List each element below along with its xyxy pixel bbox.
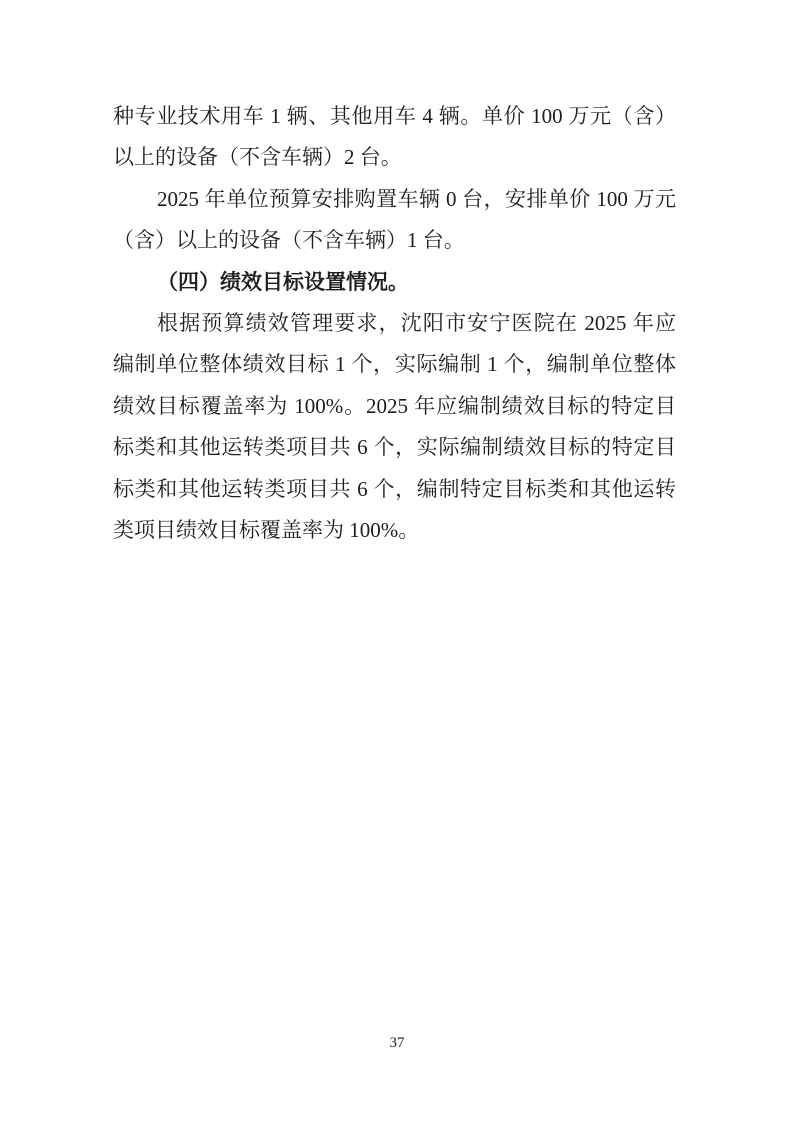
text-line: 绩效目标覆盖率为 100%。2025 年应编制绩效目标的特定目 bbox=[113, 386, 676, 427]
text-line: 标类和其他运转类项目共 6 个，编制特定目标类和其他运转 bbox=[113, 469, 676, 510]
text-line: 类项目绩效目标覆盖率为 100%。 bbox=[113, 510, 676, 551]
text-line: （四）绩效目标设置情况。 bbox=[113, 262, 676, 303]
text-line: 标类和其他运转类项目共 6 个，实际编制绩效目标的特定目 bbox=[113, 427, 676, 468]
text-line: 根据预算绩效管理要求，沈阳市安宁医院在 2025 年应 bbox=[113, 303, 676, 344]
page-number: 37 bbox=[0, 1035, 794, 1052]
text-line: 种专业技术用车 1 辆、其他用车 4 辆。单价 100 万元（含） bbox=[113, 96, 676, 137]
text-line: 编制单位整体绩效目标 1 个，实际编制 1 个，编制单位整体 bbox=[113, 344, 676, 385]
text-line: （含）以上的设备（不含车辆）1 台。 bbox=[113, 220, 676, 261]
text-line: 2025 年单位预算安排购置车辆 0 台，安排单价 100 万元 bbox=[113, 179, 676, 220]
text-line: 以上的设备（不含车辆）2 台。 bbox=[113, 137, 676, 178]
document-page: 种专业技术用车 1 辆、其他用车 4 辆。单价 100 万元（含）以上的设备（不… bbox=[0, 0, 794, 1123]
body-text: 种专业技术用车 1 辆、其他用车 4 辆。单价 100 万元（含）以上的设备（不… bbox=[113, 96, 676, 551]
